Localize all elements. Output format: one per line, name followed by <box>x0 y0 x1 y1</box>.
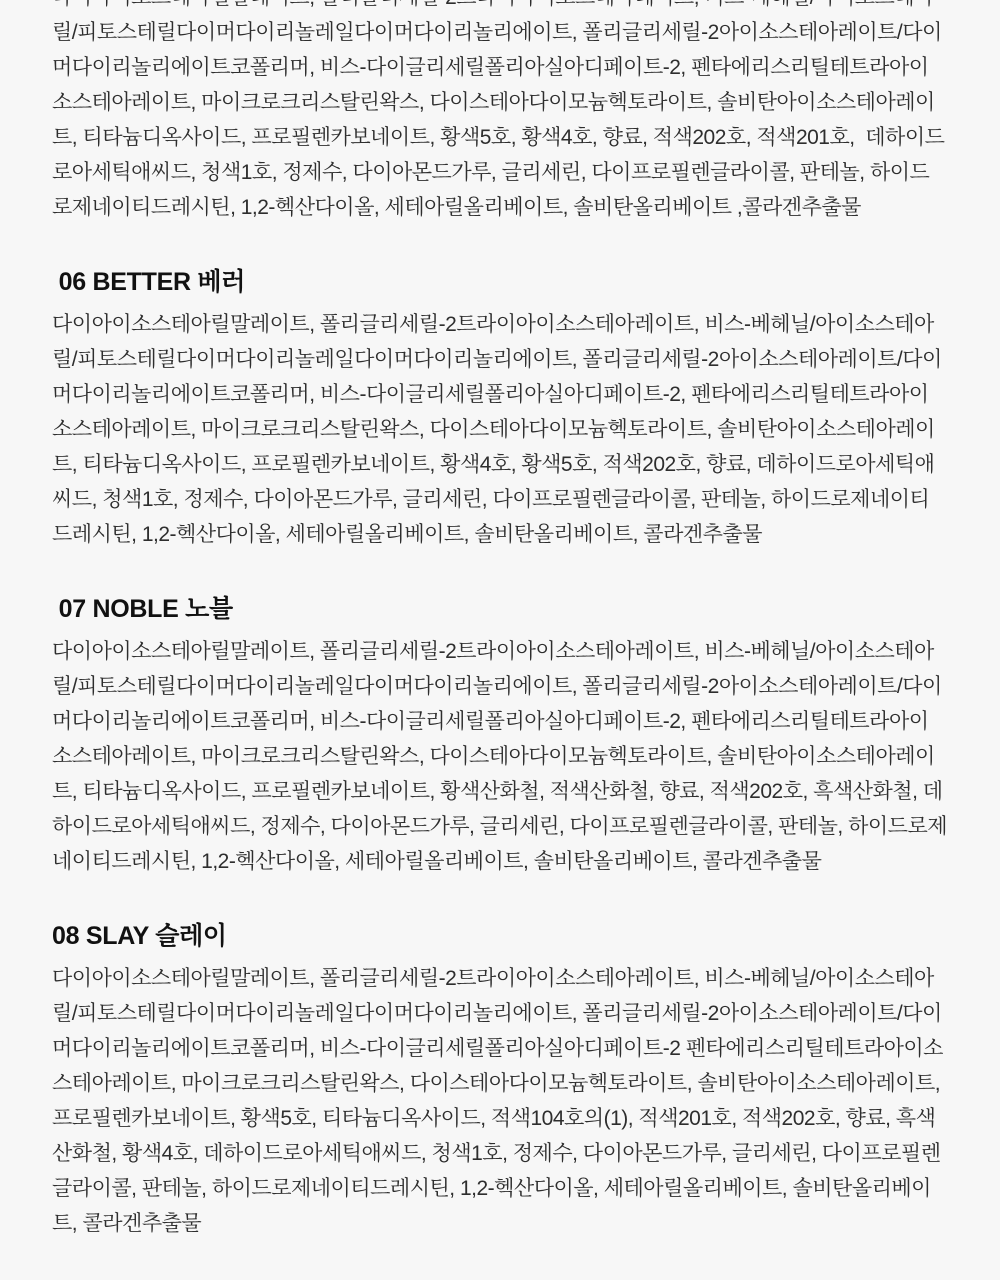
ingredient-list: 다이아이소스테아릴말레이트, 폴리글리세릴-2트라이아이소스테아레이트, 비스-… <box>52 0 948 225</box>
ingredient-list: 다이아이소스테아릴말레이트, 폴리글리세릴-2트라이아이소스테아레이트, 비스-… <box>52 307 948 552</box>
ingredient-list: 다이아이소스테아릴말레이트, 폴리글리세릴-2트라이아이소스테아레이트, 비스-… <box>52 634 948 879</box>
ingredient-section-07-noble: 07 NOBLE 노블 다이아이소스테아릴말레이트, 폴리글리세릴-2트라이아이… <box>52 592 948 879</box>
section-heading-07-noble: 07 NOBLE 노블 <box>52 592 948 626</box>
ingredient-page: 다이아이소스테아릴말레이트, 폴리글리세릴-2트라이아이소스테아레이트, 비스-… <box>0 0 1000 1241</box>
ingredient-list: 다이아이소스테아릴말레이트, 폴리글리세릴-2트라이아이소스테아레이트, 비스-… <box>52 961 948 1241</box>
ingredient-section-08-slay: 08 SLAY 슬레이 다이아이소스테아릴말레이트, 폴리글리세릴-2트라이아이… <box>52 919 948 1241</box>
ingredient-section-06-better: 06 BETTER 베러 다이아이소스테아릴말레이트, 폴리글리세릴-2트라이아… <box>52 265 948 552</box>
section-heading-08-slay: 08 SLAY 슬레이 <box>52 919 948 953</box>
ingredient-section-partial: 다이아이소스테아릴말레이트, 폴리글리세릴-2트라이아이소스테아레이트, 비스-… <box>52 0 948 225</box>
section-heading-06-better: 06 BETTER 베러 <box>52 265 948 299</box>
